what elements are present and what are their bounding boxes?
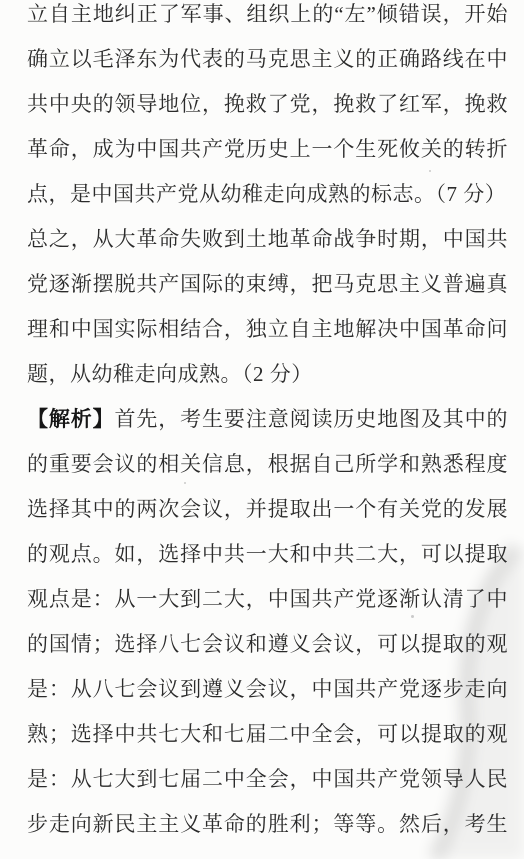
text-line: 立自主地纠正了军事、组织上的“左”倾错误，开始 [27, 0, 508, 37]
text-line: 步走向新民主主义革命的胜利；等等。然后，考生需 [27, 802, 508, 847]
text-line: 的国情；选择八七会议和遵义会议，可以提取的观点 [27, 622, 508, 667]
text-line-analysis-start: 【解析】首先，考生要注意阅读历史地图及其中的党 [27, 397, 508, 442]
text-line: 党逐渐摆脱共产国际的束缚，把马克思主义普遍真 [27, 262, 508, 307]
text-line: 理和中国实际相结合，独立自主地解决中国革命问 [27, 307, 508, 352]
text-line: 确立以毛泽东为代表的马克思主义的正确路线在中 [27, 37, 508, 82]
document-page: 立自主地纠正了军事、组织上的“左”倾错误，开始 确立以毛泽东为代表的马克思主义的… [0, 0, 524, 859]
text-line-answer1-end: 点，是中国共产党从幼稚走向成熟的标志。（7 分） [27, 172, 508, 217]
text-line: 是：从八七会议到遵义会议，中国共产党逐步走向成 [27, 667, 508, 712]
text-line: 的观点。如，选择中共一大和中共二大，可以提取的 [27, 532, 508, 577]
text-line: 选择其中的两次会议，并提取出一个有关党的发展 [27, 487, 508, 532]
text-line-answer2-end: 题，从幼稚走向成熟。（2 分） [27, 352, 508, 397]
text-line: 是：从七大到七届二中全会，中国共产党领导人民逐 [27, 757, 508, 802]
text-line: 总之，从大革命失败到土地革命战争时期，中国共产 [27, 217, 508, 262]
analysis-section-label: 【解析】 [27, 407, 115, 431]
text-line: 革命，成为中国共产党历史上一个生死攸关的转折 [27, 127, 508, 172]
text-line: 的重要会议的相关信息，根据自己所学和熟悉程度 [27, 442, 508, 487]
text-line: 熟；选择中共七大和七届二中全会，可以提取的观点 [27, 712, 508, 757]
text-line: 共中央的领导地位，挽救了党，挽救了红军，挽救了 [27, 82, 508, 127]
text-line: 观点是：从一大到二大，中国共产党逐渐认清了中国 [27, 577, 508, 622]
text-column: 立自主地纠正了军事、组织上的“左”倾错误，开始 确立以毛泽东为代表的马克思主义的… [27, 0, 508, 847]
